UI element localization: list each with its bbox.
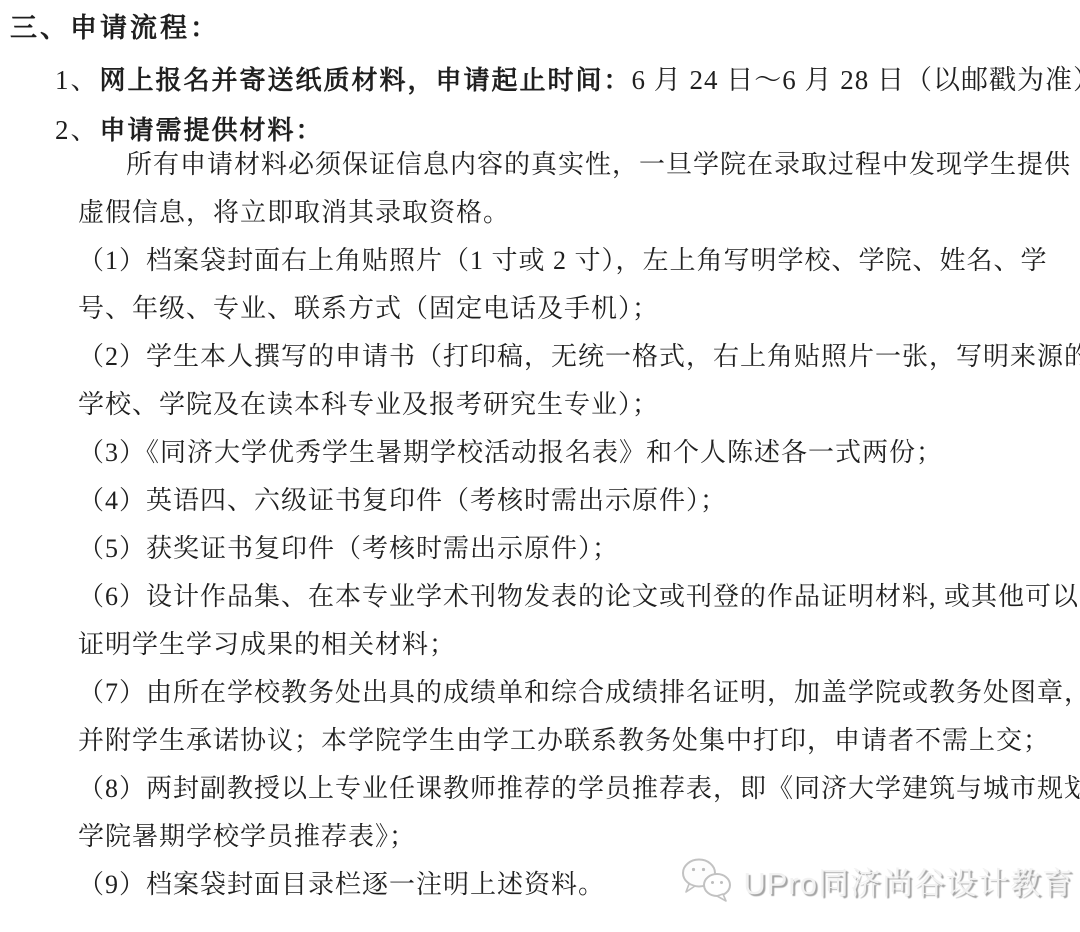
watermark: UPro同济尚谷设计教育 bbox=[679, 856, 1074, 904]
document-line: 虚假信息，将立即取消其录取资格。 bbox=[0, 198, 1080, 246]
document-line: （5）获奖证书复印件（考核时需出示原件）； bbox=[0, 534, 1080, 582]
document-line: 证明学生学习成果的相关材料； bbox=[0, 630, 1080, 678]
document-line: 所有申请材料必须保证信息内容的真实性，一旦学院在录取过程中发现学生提供 bbox=[0, 150, 1080, 198]
list-item-1: 1、网上报名并寄送纸质材料，申请起止时间：6 月 24 日～6 月 28 日（以… bbox=[55, 58, 1080, 97]
item-1-number: 1、 bbox=[55, 65, 100, 95]
item-1-date-range: 6 月 24 日～6 月 28 日（以邮戳为准） bbox=[632, 65, 1080, 95]
document-line: 并附学生承诺协议；本学院学生由学工办联系教务处集中打印，申请者不需上交； bbox=[0, 726, 1080, 774]
item-2-number: 2、 bbox=[55, 115, 100, 145]
watermark-text: UPro同济尚谷设计教育 bbox=[743, 858, 1074, 903]
list-item-2: 2、申请需提供材料： bbox=[55, 108, 324, 147]
document-line: （2）学生本人撰写的申请书（打印稿，无统一格式，右上角贴照片一张，写明来源的 bbox=[0, 342, 1080, 390]
item-2-bold-label: 申请需提供材料： bbox=[100, 115, 324, 145]
document-page: 三、申请流程： 1、网上报名并寄送纸质材料，申请起止时间：6 月 24 日～6 … bbox=[0, 0, 1080, 932]
item-1-bold-label: 网上报名并寄送纸质材料，申请起止时间： bbox=[100, 65, 632, 95]
document-body: 所有申请材料必须保证信息内容的真实性，一旦学院在录取过程中发现学生提供虚假信息，… bbox=[0, 150, 1080, 918]
section-heading: 三、申请流程： bbox=[10, 6, 220, 45]
document-line: （4）英语四、六级证书复印件（考核时需出示原件）； bbox=[0, 486, 1080, 534]
document-line: （8）两封副教授以上专业任课教师推荐的学员推荐表，即《同济大学建筑与城市规划 bbox=[0, 774, 1080, 822]
document-line: （7）由所在学校教务处出具的成绩单和综合成绩排名证明，加盖学院或教务处图章， bbox=[0, 678, 1080, 726]
document-line: 号、年级、专业、联系方式（固定电话及手机）； bbox=[0, 294, 1080, 342]
document-line: （1）档案袋封面右上角贴照片（1 寸或 2 寸），左上角写明学校、学院、姓名、学 bbox=[0, 246, 1080, 294]
document-line: 学校、学院及在读本科专业及报考研究生专业）； bbox=[0, 390, 1080, 438]
document-line: （6）设计作品集、在本专业学术刊物发表的论文或刊登的作品证明材料, 或其他可以 bbox=[0, 582, 1080, 630]
wechat-icon bbox=[679, 856, 735, 904]
document-line: （3）《同济大学优秀学生暑期学校活动报名表》和个人陈述各一式两份； bbox=[0, 438, 1080, 486]
